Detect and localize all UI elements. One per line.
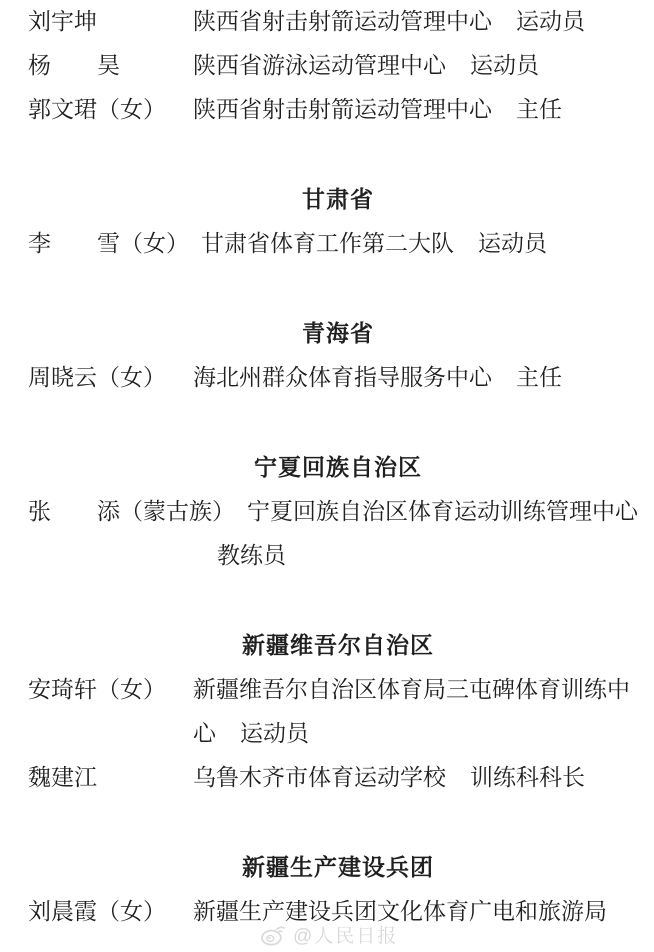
- personnel-entry: 刘宇坤陕西省射击射箭运动管理中心运动员: [28, 0, 648, 44]
- column-gap: [607, 918, 631, 919]
- person-name: 李 雪（女）: [28, 222, 201, 266]
- person-organization: 陕西省游泳运动管理中心: [193, 53, 446, 78]
- section-heading-bingtuan: 新疆生产建设兵团: [28, 846, 648, 890]
- person-title: 运动员: [470, 53, 539, 78]
- person-title: 主任: [516, 97, 562, 122]
- document-page: 刘宇坤陕西省射击射箭运动管理中心运动员 杨 昊陕西省游泳运动管理中心运动员 郭文…: [0, 0, 654, 952]
- weibo-icon: [260, 923, 287, 947]
- personnel-entry: 安琦轩（女）新疆维吾尔自治区体育局三屯碑体育训练中心运动员: [28, 668, 648, 756]
- watermark: @人民日报: [260, 921, 398, 948]
- personnel-entry: 李 雪（女）甘肃省体育工作第二大队运动员: [28, 222, 648, 266]
- section-heading-ningxia: 宁夏回族自治区: [28, 446, 648, 490]
- section-heading-qinghai: 青海省: [28, 312, 648, 356]
- person-title: 训练科科长: [470, 765, 585, 790]
- person-name: 魏建江: [28, 756, 193, 800]
- personnel-entry: 郭文珺（女）陕西省射击射箭运动管理中心主任: [28, 88, 648, 132]
- person-name: 安琦轩（女）: [28, 668, 193, 712]
- personnel-entry: 张 添（蒙古族）宁夏回族自治区体育运动训练管理中心教练员: [28, 490, 648, 578]
- person-name: 刘宇坤: [28, 0, 193, 44]
- person-organization: 宁夏回族自治区体育运动训练管理中心: [247, 499, 638, 524]
- person-name: 杨 昊: [28, 44, 193, 88]
- person-organization: 海北州群众体育指导服务中心: [193, 365, 492, 390]
- column-gap: [446, 784, 470, 785]
- person-organization: 陕西省射击射箭运动管理中心: [193, 97, 492, 122]
- personnel-entry: 杨 昊陕西省游泳运动管理中心运动员: [28, 44, 648, 88]
- section-heading-xinjiang: 新疆维吾尔自治区: [28, 624, 648, 668]
- column-gap: [193, 562, 217, 563]
- personnel-entry: 魏建江乌鲁木齐市体育运动学校训练科科长: [28, 756, 648, 800]
- person-name: 郭文珺（女）: [28, 88, 193, 132]
- person-name: 周晓云（女）: [28, 356, 193, 400]
- column-gap: [492, 28, 516, 29]
- column-gap: [446, 72, 470, 73]
- watermark-label: @人民日报: [293, 921, 398, 948]
- person-title: 运动员: [478, 231, 547, 256]
- person-organization: 乌鲁木齐市体育运动学校: [193, 765, 446, 790]
- person-title: 运动员: [240, 721, 309, 746]
- column-gap: [216, 740, 240, 741]
- personnel-entry: 周晓云（女）海北州群众体育指导服务中心主任: [28, 356, 648, 400]
- person-organization: 甘肃省体育工作第二大队: [201, 231, 454, 256]
- person-name: 张 添（蒙古族）: [28, 490, 247, 534]
- column-gap: [492, 116, 516, 117]
- person-title: 运动员: [516, 9, 585, 34]
- column-gap: [492, 384, 516, 385]
- person-organization: 新疆生产建设兵团文化体育广电和旅游局: [193, 899, 607, 924]
- person-name: 刘晨霞（女）: [28, 890, 193, 934]
- person-title: 教练员: [217, 543, 286, 568]
- section-heading-gansu: 甘肃省: [28, 178, 648, 222]
- column-gap: [454, 250, 478, 251]
- person-organization: 陕西省射击射箭运动管理中心: [193, 9, 492, 34]
- person-title: 主任: [516, 365, 562, 390]
- personnel-list: 刘宇坤陕西省射击射箭运动管理中心运动员 杨 昊陕西省游泳运动管理中心运动员 郭文…: [0, 0, 654, 934]
